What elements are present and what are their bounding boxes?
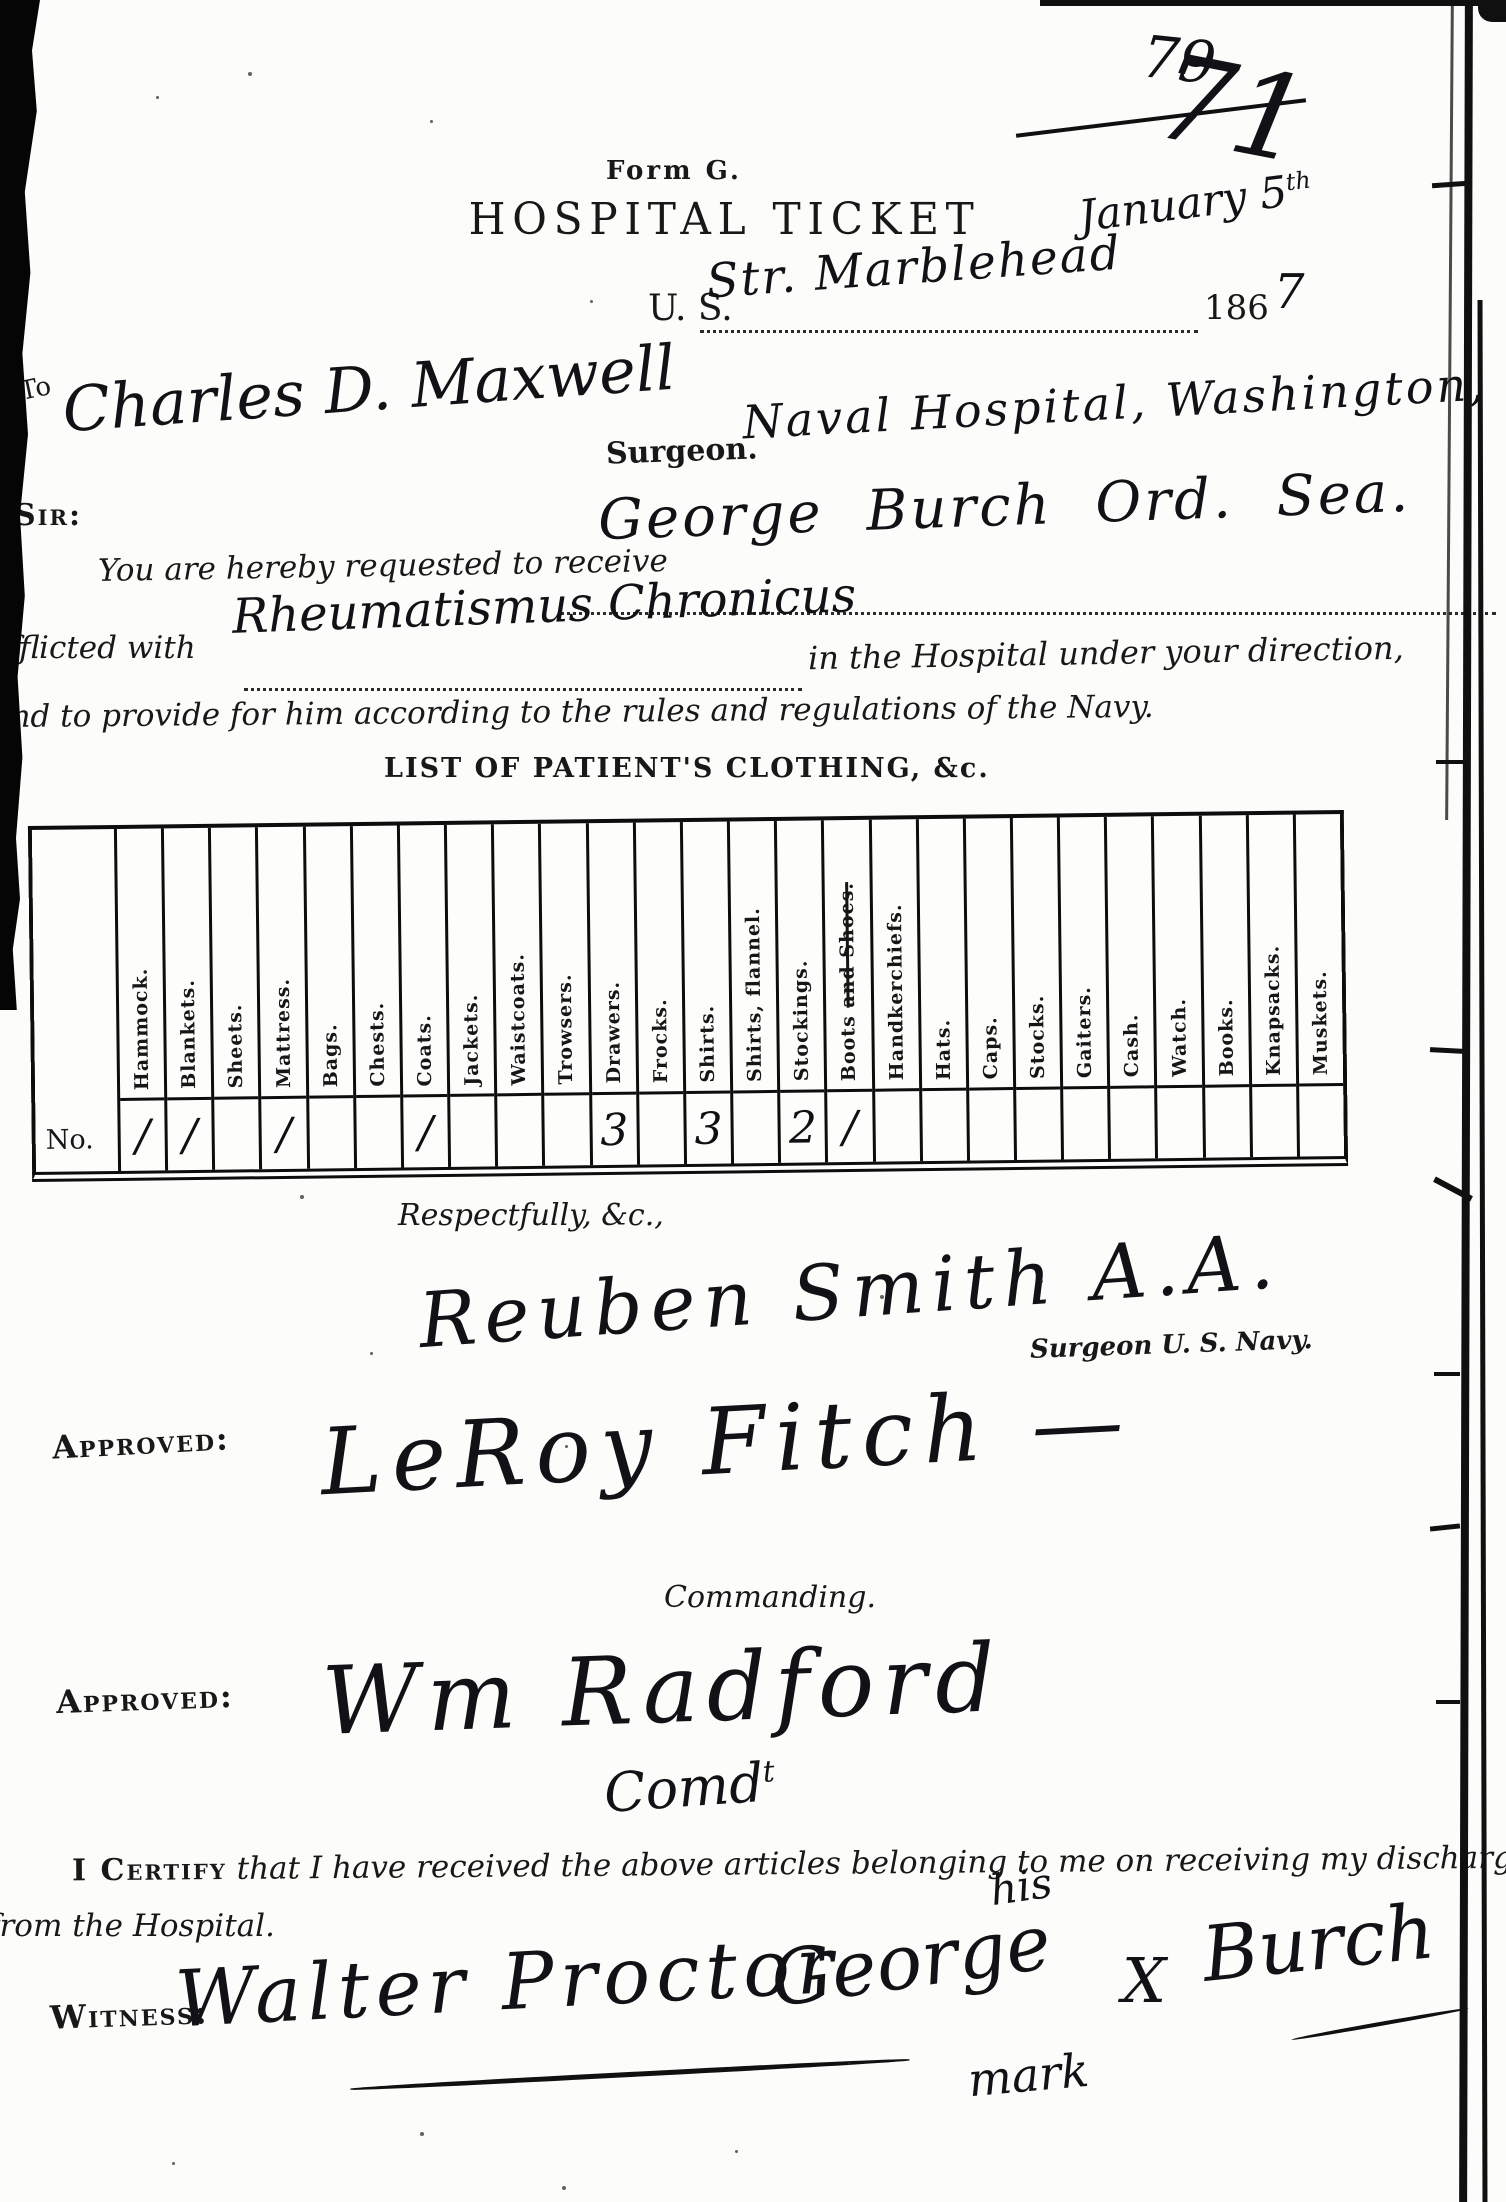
- clothing-column-value: 2: [780, 1089, 825, 1163]
- hospital-ticket-document: Form G. HOSPITAL TICKET 79 71 January 5t…: [0, 0, 1506, 2202]
- clothing-column-label: Gaiters.: [1060, 817, 1107, 1087]
- certify-label: I Certify: [72, 1852, 227, 1888]
- certify-line-1: I Certify that I have received the above…: [72, 1840, 1506, 1889]
- clothing-column-label: Shirts, flannel.: [730, 821, 777, 1091]
- clothing-column-label: Stocks.: [1013, 817, 1060, 1087]
- addressee-signature: Charles D. Maxwell: [60, 331, 677, 447]
- addressee-station: Naval Hospital, Washington,: [741, 357, 1488, 450]
- clothing-column-value: [497, 1093, 542, 1167]
- clothing-column-label: Hammock.: [117, 828, 164, 1098]
- clothing-column-label: Bags.: [306, 826, 353, 1096]
- clothing-column: Boots and Shoes.∕: [821, 820, 872, 1163]
- clothing-column-value: [1205, 1084, 1250, 1158]
- clothing-column: Knapsacks.: [1246, 815, 1297, 1158]
- clothing-column: Gaiters.: [1057, 817, 1108, 1160]
- clothing-column: Mattress.∕: [255, 827, 306, 1170]
- clothing-column-value: [450, 1093, 495, 1167]
- clothing-column-label: Coats.: [400, 825, 447, 1095]
- clothing-column-value: ∕: [827, 1089, 872, 1163]
- diagnosis-rule: [244, 688, 802, 691]
- addressee-title: Surgeon.: [605, 431, 758, 471]
- clothing-column-label: Stockings.: [777, 820, 824, 1090]
- surgeon-title: Surgeon U. S. Navy.: [1030, 1325, 1314, 1365]
- clothing-column-value: [1158, 1085, 1203, 1159]
- clothing-column: Blankets.∕: [161, 828, 212, 1171]
- certify-line-2: from the Hospital.: [0, 1908, 275, 1944]
- year-handwritten: 7: [1274, 264, 1305, 320]
- clothing-column-label: Blankets.: [164, 828, 211, 1098]
- clothing-column: Hammock.∕: [114, 828, 165, 1171]
- table-row-label-cell: No.: [32, 829, 118, 1172]
- clothing-column-value: ∕: [120, 1097, 165, 1171]
- table-row-label: No.: [46, 1124, 94, 1156]
- date-suffix: th: [1284, 166, 1312, 197]
- clothing-column-label: Sheets.: [211, 827, 258, 1097]
- clothing-column-label: Caps.: [966, 818, 1013, 1088]
- clothing-column-label: Shirts.: [683, 822, 730, 1092]
- clothing-column: Bags.: [303, 826, 354, 1169]
- vessel-name-rule: [700, 330, 1198, 333]
- clothing-column-value: [922, 1088, 967, 1162]
- clothing-column-value: [215, 1096, 260, 1170]
- request-line-2: in the Hospital under your direction,: [808, 629, 1404, 677]
- page-edge-tick: [1436, 760, 1466, 764]
- clothing-column-label: Waistcoats.: [494, 824, 541, 1094]
- clothing-column-label: Books.: [1201, 815, 1248, 1085]
- clothing-column-label: Frocks.: [636, 822, 683, 1092]
- clothing-table: No. Hammock.∕Blankets.∕Sheets.Mattress.∕…: [28, 810, 1348, 1182]
- clothing-column-label: Chests.: [353, 826, 400, 1096]
- salutation: Sir:: [14, 498, 82, 533]
- clothing-column-label: Jackets.: [447, 824, 494, 1094]
- patient-mark-firstname: George: [765, 1897, 1056, 2024]
- clothing-column-value: [639, 1091, 684, 1165]
- respectfully-line: Respectfully, &c.,: [398, 1198, 664, 1233]
- patient-mark-flourish: [1291, 2006, 1469, 2041]
- binding-line-tertiary: [1478, 300, 1488, 2202]
- clothing-column: Books.: [1198, 815, 1249, 1158]
- clothing-column: Handkerchiefs.: [868, 819, 919, 1162]
- clothing-column-value: ∕: [167, 1097, 212, 1171]
- page-edge-tick: [1430, 1047, 1464, 1054]
- clothing-column-value: [1063, 1086, 1108, 1160]
- patient-name: George Burch Ord. Sea.: [597, 460, 1412, 553]
- clothing-column: Waistcoats.: [491, 824, 542, 1167]
- clothing-column-value: [1252, 1084, 1297, 1158]
- document-title: HOSPITAL TICKET: [469, 194, 981, 245]
- clothing-column-value: ∕: [262, 1096, 307, 1170]
- patient-mark-x: X: [1122, 1944, 1166, 2017]
- clothing-column: Coats.∕: [397, 825, 448, 1168]
- approved-label-2: Approved:: [55, 1677, 234, 1721]
- scan-top-edge: [1040, 0, 1506, 6]
- clothing-column-label: Hats.: [919, 819, 966, 1089]
- clothing-column: Trowsers.: [538, 823, 589, 1166]
- clothing-column: Muskets.: [1293, 814, 1344, 1157]
- witness-signature-flourish: [350, 2057, 909, 2091]
- clothing-column: Sheets.: [208, 827, 259, 1170]
- clothing-column-label: Cash.: [1107, 816, 1154, 1086]
- clothing-column-value: [875, 1088, 920, 1162]
- commanding-officer-signature: LeRoy Fitch —: [318, 1367, 1136, 1516]
- clothing-column: Drawers.3: [585, 823, 636, 1166]
- commandant-title-text: Comd: [602, 1751, 766, 1825]
- clothing-column: Shirts, flannel.: [727, 821, 778, 1164]
- page-edge-tick: [1434, 1372, 1460, 1376]
- form-number-label: Form G.: [606, 156, 742, 186]
- clothing-column-label: Drawers.: [588, 823, 635, 1093]
- request-line-3: and to provide for him according to the …: [0, 689, 1154, 735]
- clothing-column-label: Handkerchiefs.: [871, 819, 918, 1089]
- clothing-column-value: [1110, 1085, 1155, 1159]
- clothing-column-label: Muskets.: [1296, 814, 1343, 1084]
- clothing-column: Stocks.: [1010, 817, 1061, 1160]
- clothing-column: Jackets.: [444, 824, 495, 1167]
- clothing-column: Hats.: [916, 819, 967, 1162]
- commandant-title: Comdt: [602, 1750, 778, 1825]
- clothing-column-value: ∕: [403, 1094, 448, 1168]
- clothing-list-heading: LIST OF PATIENT'S CLOTHING, &c.: [384, 753, 990, 784]
- clothing-column-label: Trowsers.: [541, 823, 588, 1093]
- clothing-column: Watch.: [1151, 816, 1202, 1159]
- clothing-table-columns: Hammock.∕Blankets.∕Sheets.Mattress.∕Bags…: [114, 814, 1344, 1171]
- clothing-column-value: 3: [686, 1090, 731, 1164]
- clothing-column-value: [356, 1095, 401, 1169]
- clothing-column-value: 3: [592, 1092, 637, 1166]
- clothing-column: Stockings.2: [774, 820, 825, 1163]
- page-edge-tick: [1436, 1700, 1460, 1704]
- clothing-column: Frocks.: [633, 822, 684, 1165]
- clothing-column: Caps.: [963, 818, 1014, 1161]
- clothing-column-value: [309, 1095, 354, 1169]
- clothing-column: Cash.: [1104, 816, 1155, 1159]
- scan-corner-blob: [1478, 0, 1506, 22]
- clothing-column: Shirts.3: [680, 822, 731, 1165]
- clothing-column-label: Knapsacks.: [1249, 815, 1296, 1085]
- clothing-column-label: Boots and Shoes.: [824, 820, 871, 1090]
- clothing-column-value: [545, 1092, 590, 1166]
- clothing-column-value: [1299, 1083, 1344, 1157]
- commandant-title-suffix: t: [762, 1754, 776, 1790]
- clothing-column: Chests.: [350, 826, 401, 1169]
- afflicted-label: afflicted with: [0, 630, 196, 666]
- certify-text: that I have received the above articles …: [237, 1840, 1506, 1887]
- commandant-signature: Wm Radford: [320, 1624, 1005, 1757]
- year-printed: 186: [1204, 288, 1269, 328]
- clothing-column-label: Mattress.: [258, 827, 305, 1097]
- clothing-column-value: [1016, 1086, 1061, 1160]
- approved-label-1: Approved:: [51, 1419, 230, 1466]
- patient-mark-word: mark: [966, 2043, 1091, 2107]
- patient-mark-lastname: Burch: [1198, 1886, 1439, 1999]
- page-edge-tick: [1430, 1523, 1460, 1531]
- clothing-column-value: [969, 1087, 1014, 1161]
- commanding-label: Commanding.: [664, 1580, 876, 1615]
- clothing-column-value: [733, 1090, 778, 1164]
- clothing-column-label: Watch.: [1154, 816, 1201, 1086]
